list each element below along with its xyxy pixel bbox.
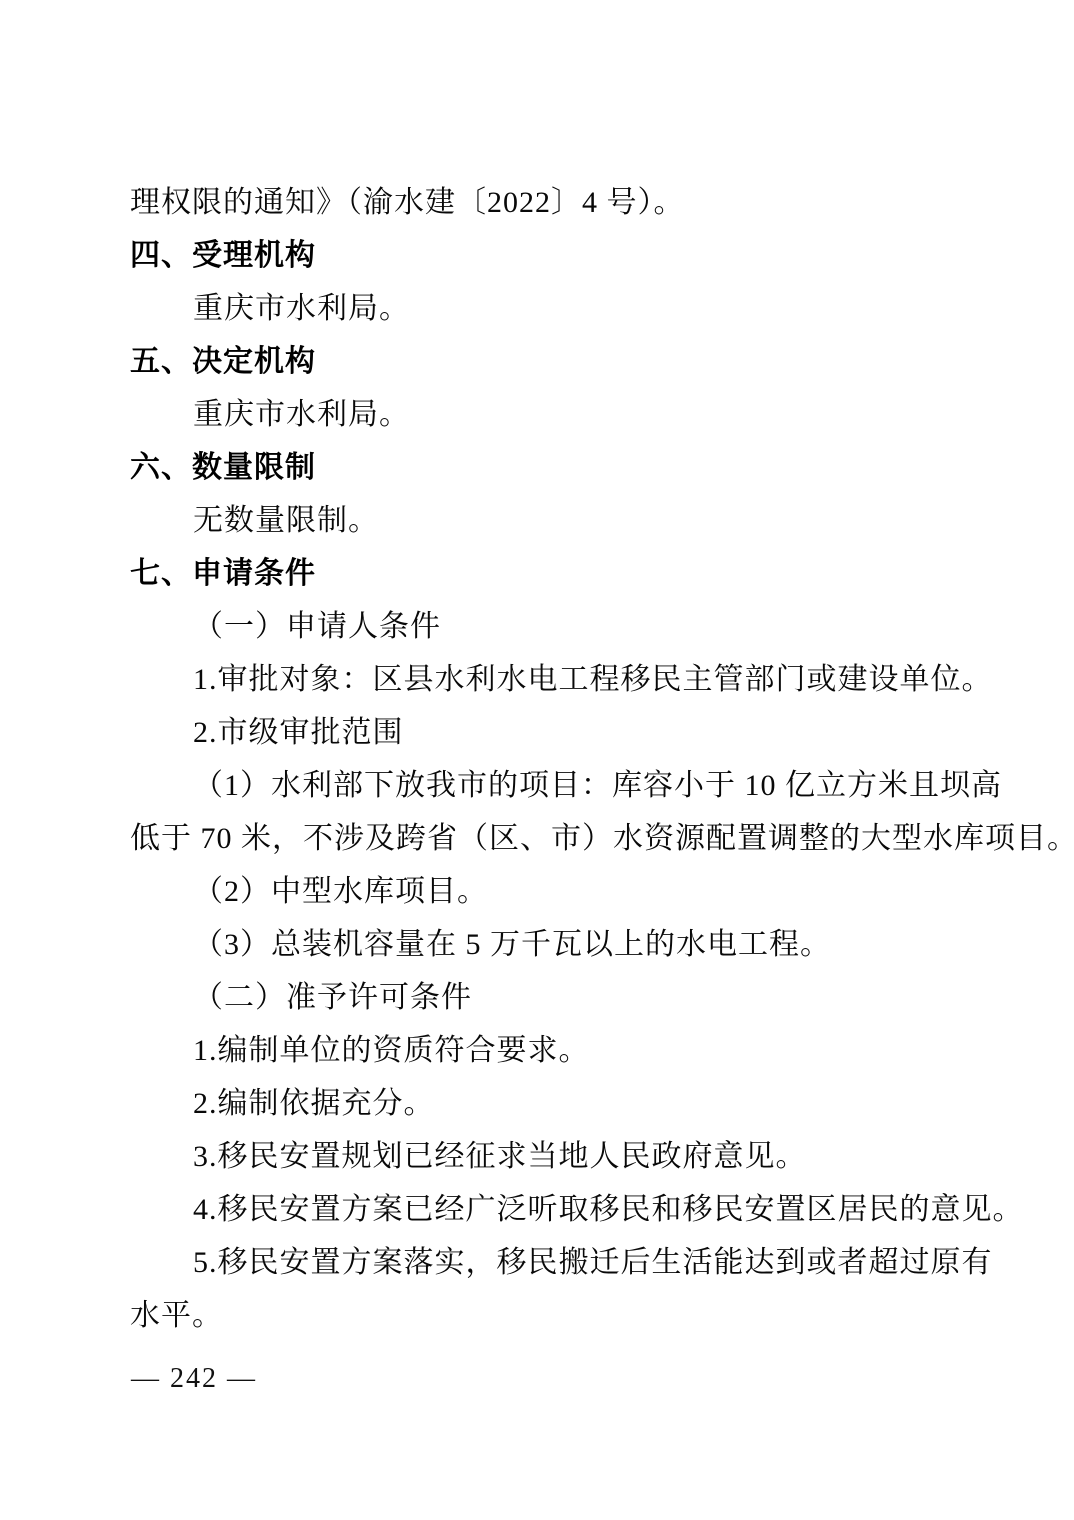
- subsection-line: （一）申请人条件: [130, 600, 946, 653]
- body-line-continuation: 低于 70 米，不涉及跨省（区、市）水资源配置调整的大型水库项目。: [130, 812, 946, 865]
- subsection-line: （二）准予许可条件: [130, 971, 946, 1024]
- body-line: （2）中型水库项目。: [130, 865, 946, 918]
- body-line-continuation: 水平。: [130, 1289, 946, 1342]
- section-heading-4: 四、受理机构: [130, 229, 946, 282]
- body-line: 5.移民安置方案落实，移民搬迁后生活能达到或者超过原有: [130, 1236, 946, 1289]
- body-line: 4.移民安置方案已经广泛听取移民和移民安置区居民的意见。: [130, 1183, 946, 1236]
- section-heading-7: 七、申请条件: [130, 547, 946, 600]
- body-line: （1）水利部下放我市的项目：库容小于 10 亿立方米且坝高: [130, 759, 946, 812]
- body-line-continuation: 理权限的通知》（渝水建〔2022〕4 号）。: [130, 176, 946, 229]
- body-line: 1.编制单位的资质符合要求。: [130, 1024, 946, 1077]
- section-heading-6: 六、数量限制: [130, 441, 946, 494]
- body-line: 重庆市水利局。: [130, 388, 946, 441]
- page-number-footer: — 242 —: [131, 1362, 257, 1396]
- body-line: 1.审批对象：区县水利水电工程移民主管部门或建设单位。: [130, 653, 946, 706]
- document-page: 理权限的通知》（渝水建〔2022〕4 号）。 四、受理机构 重庆市水利局。 五、…: [0, 0, 1074, 1520]
- body-line: （3）总装机容量在 5 万千瓦以上的水电工程。: [130, 918, 946, 971]
- body-line: 2.编制依据充分。: [130, 1077, 946, 1130]
- section-heading-5: 五、决定机构: [130, 335, 946, 388]
- body-line: 2.市级审批范围: [130, 706, 946, 759]
- body-line: 3.移民安置规划已经征求当地人民政府意见。: [130, 1130, 946, 1183]
- document-content: 理权限的通知》（渝水建〔2022〕4 号）。 四、受理机构 重庆市水利局。 五、…: [130, 176, 946, 1342]
- body-line: 重庆市水利局。: [130, 282, 946, 335]
- body-line: 无数量限制。: [130, 494, 946, 547]
